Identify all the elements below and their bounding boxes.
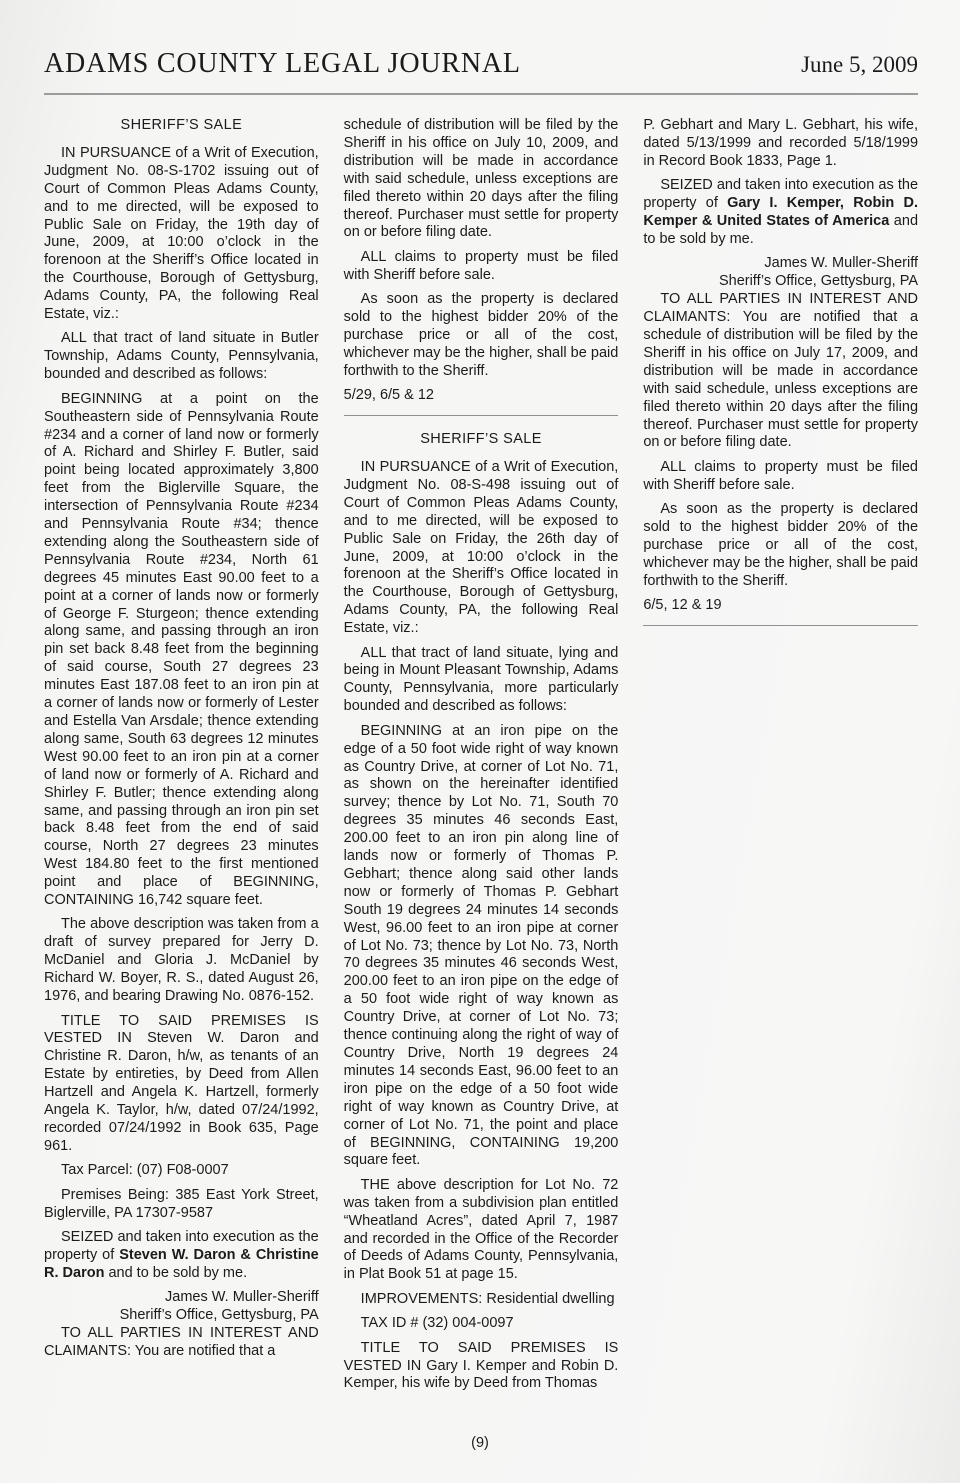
sheriff-signature: James W. Muller-Sheriff [643, 255, 918, 273]
journal-page: ADAMS COUNTY LEGAL JOURNAL June 5, 2009 … [0, 0, 960, 1483]
bidder-paragraph: As soon as the property is declared sold… [643, 501, 918, 591]
tax-parcel-line: Tax Parcel: (07) F08-0007 [44, 1162, 319, 1180]
title-vested-paragraph: TITLE TO SAID PREMISES IS VESTED IN Stev… [44, 1013, 319, 1156]
tract-paragraph: ALL that tract of land situate, lying an… [344, 645, 619, 717]
publication-dates: 6/5, 12 & 19 [643, 597, 918, 615]
distribution-paragraph: schedule of distribution will be filed b… [344, 117, 619, 242]
journal-title: ADAMS COUNTY LEGAL JOURNAL [44, 48, 521, 80]
sheriffs-sale-heading: SHERIFF’S SALE [344, 431, 619, 449]
notice-divider [643, 625, 918, 626]
survey-source-paragraph: The above description was taken from a d… [44, 916, 319, 1006]
survey-source-paragraph: THE above description for Lot No. 72 was… [344, 1177, 619, 1284]
column-1: SHERIFF’S SALE IN PURSUANCE of a Writ of… [44, 117, 319, 1400]
notice-columns: SHERIFF’S SALE IN PURSUANCE of a Writ of… [44, 117, 918, 1400]
metes-bounds-paragraph: BEGINNING at a point on the Southeastern… [44, 391, 319, 910]
title-vested-paragraph: TITLE TO SAID PREMISES IS VESTED IN Gary… [344, 1340, 619, 1394]
improvements-line: IMPROVEMENTS: Residential dwelling [344, 1291, 619, 1309]
metes-bounds-paragraph: BEGINNING at an iron pipe on the edge of… [344, 723, 619, 1171]
claimants-paragraph: TO ALL PARTIES IN INTEREST AND CLAIMANTS… [44, 1325, 319, 1361]
pursuance-paragraph: IN PURSUANCE of a Writ of Execution, Jud… [344, 459, 619, 638]
column-3: P. Gebhart and Mary L. Gebhart, his wife… [643, 117, 918, 1400]
column-2: schedule of distribution will be filed b… [344, 117, 619, 1400]
seized-paragraph: SEIZED and taken into execution as the p… [44, 1229, 319, 1283]
sheriff-office-line: Sheriff’s Office, Gettysburg, PA [44, 1307, 319, 1325]
sheriffs-sale-heading: SHERIFF’S SALE [44, 117, 319, 135]
bidder-paragraph: As soon as the property is declared sold… [344, 291, 619, 381]
page-number: (9) [0, 1435, 960, 1451]
notice-divider [344, 415, 619, 416]
publication-dates: 5/29, 6/5 & 12 [344, 387, 619, 405]
claims-paragraph: ALL claims to property must be filed wit… [344, 249, 619, 285]
sheriff-signature: James W. Muller-Sheriff [44, 1289, 319, 1307]
sheriff-office-line: Sheriff’s Office, Gettysburg, PA [643, 273, 918, 291]
tract-paragraph: ALL that tract of land situate in Butler… [44, 330, 319, 384]
claimants-paragraph: TO ALL PARTIES IN INTEREST AND CLAIMANTS… [643, 291, 918, 452]
premises-line: Premises Being: 385 East York Street, Bi… [44, 1187, 319, 1223]
deed-continuation-paragraph: P. Gebhart and Mary L. Gebhart, his wife… [643, 117, 918, 171]
seized-text-end: and to be sold by me. [104, 1265, 247, 1281]
issue-date: June 5, 2009 [801, 52, 918, 78]
masthead: ADAMS COUNTY LEGAL JOURNAL June 5, 2009 [44, 48, 918, 95]
claims-paragraph: ALL claims to property must be filed wit… [643, 459, 918, 495]
pursuance-paragraph: IN PURSUANCE of a Writ of Execution, Jud… [44, 145, 319, 324]
tax-id-line: TAX ID # (32) 004-0097 [344, 1315, 619, 1333]
seized-paragraph: SEIZED and taken into execution as the p… [643, 177, 918, 249]
